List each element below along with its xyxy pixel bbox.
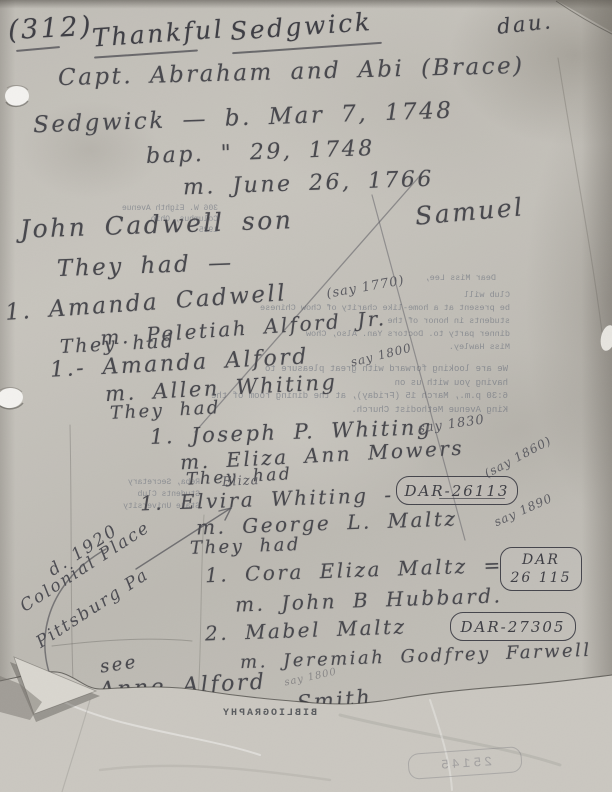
fold-crease: [558, 58, 602, 332]
scanned-genealogy-page: 306 W. Eighth Avenue Columbus, Ohio 1935…: [0, 0, 612, 792]
genealogy-line: m. Jeremiah Godfrey Farwell: [240, 641, 592, 673]
underline: [16, 46, 60, 52]
dar-badge-mabel: DAR-27305: [450, 612, 576, 641]
stray-pencil-line: [52, 639, 192, 646]
genealogy-line: 1. Cora Eliza Maltz =: [205, 554, 503, 586]
bleed-signature-line: Reba, Secretary: [52, 477, 200, 489]
corner-crease: [556, 0, 612, 32]
genealogy-line: They had —: [57, 251, 234, 282]
genealogy-line: 2- Anne Alford: [56, 671, 268, 706]
genealogy-line: Samuel: [414, 193, 526, 230]
genealogy-line: John Cadwell son: [20, 206, 294, 243]
genealogy-line: m. John B Hubbard.: [235, 584, 503, 615]
genealogy-line: bap. " 29, 1748: [146, 137, 376, 169]
dar-badge-label: DAR: [522, 551, 560, 569]
name-correction: Eliza: [222, 473, 260, 490]
date-annotation-eliza-mowers: (say 1860): [482, 433, 554, 480]
person-first-name: Thankful: [91, 15, 225, 52]
dar-badge-elvira: DAR-26113: [396, 476, 518, 505]
genealogy-line: Capt. Abraham and Abi (Brace): [58, 54, 525, 92]
genealogy-line: Sedgwick — b. Mar 7, 1748: [33, 99, 454, 139]
dar-badge-label: DAR-27305: [461, 618, 566, 636]
bleed-salutation: Dear Miss Lee,: [396, 273, 496, 283]
genealogy-line: They had: [190, 535, 302, 559]
edge-nick: [598, 324, 612, 352]
bibliography-stamp: BIBLIOGRAPHY: [185, 708, 317, 719]
relation-abbreviation: dau.: [496, 10, 554, 39]
left-edge-tear-gap: [0, 676, 42, 720]
person-surname: Sedgwick: [229, 8, 373, 45]
dar-badge-label: DAR-26113: [405, 482, 510, 500]
underline: [439, 498, 505, 499]
genealogy-line: see: [99, 652, 139, 677]
dar-badge-label: 26 115: [511, 569, 572, 587]
file-number-stamp: 25145: [407, 746, 523, 780]
genealogy-line: 2. Mabel Maltz: [205, 615, 407, 644]
genealogy-line: They had: [110, 398, 222, 424]
dar-badge-cora: DAR 26 115: [500, 547, 582, 591]
corner-crease-line: [556, 1, 612, 34]
page-number: (312): [7, 12, 94, 46]
punch-hole: [5, 86, 29, 107]
punch-hole: [0, 386, 24, 409]
genealogy-line: m. June 26, 1766: [183, 168, 435, 201]
